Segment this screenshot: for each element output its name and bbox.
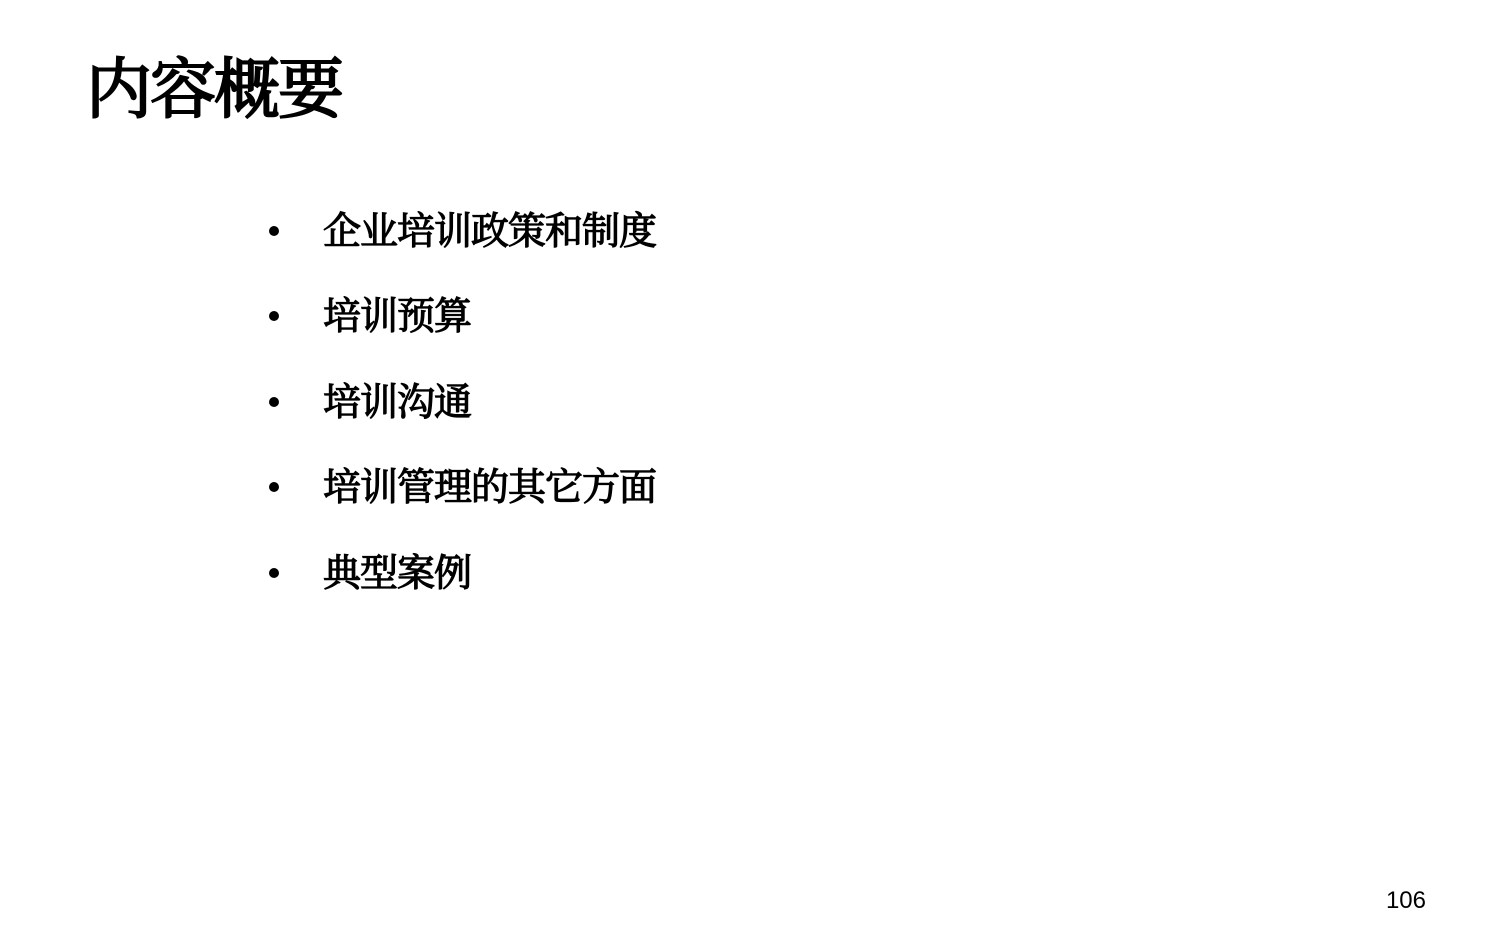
list-item: 典型案例	[262, 530, 656, 616]
list-item-label: 培训预算	[323, 291, 471, 341]
list-item: 培训沟通	[262, 359, 656, 445]
outline-list: 企业培训政策和制度 培训预算 培训沟通 培训管理的其它方面 典型案例	[262, 188, 656, 616]
bullet-icon	[269, 311, 279, 321]
bullet-icon	[269, 226, 279, 236]
list-item-label: 培训管理的其它方面	[323, 462, 656, 512]
bullet-icon	[269, 482, 279, 492]
list-item-label: 典型案例	[323, 548, 471, 598]
list-item: 企业培训政策和制度	[262, 188, 656, 274]
list-item-label: 企业培训政策和制度	[323, 206, 656, 256]
slide: 内容概要 企业培训政策和制度 培训预算 培训沟通 培训管理的其它方面 典型案例 …	[0, 0, 1500, 937]
bullet-icon	[269, 397, 279, 407]
bullet-icon	[269, 568, 279, 578]
list-item: 培训管理的其它方面	[262, 445, 656, 531]
list-item-label: 培训沟通	[323, 377, 471, 427]
list-item: 培训预算	[262, 274, 656, 360]
slide-title: 内容概要	[86, 50, 342, 130]
page-number: 106	[1386, 885, 1426, 917]
